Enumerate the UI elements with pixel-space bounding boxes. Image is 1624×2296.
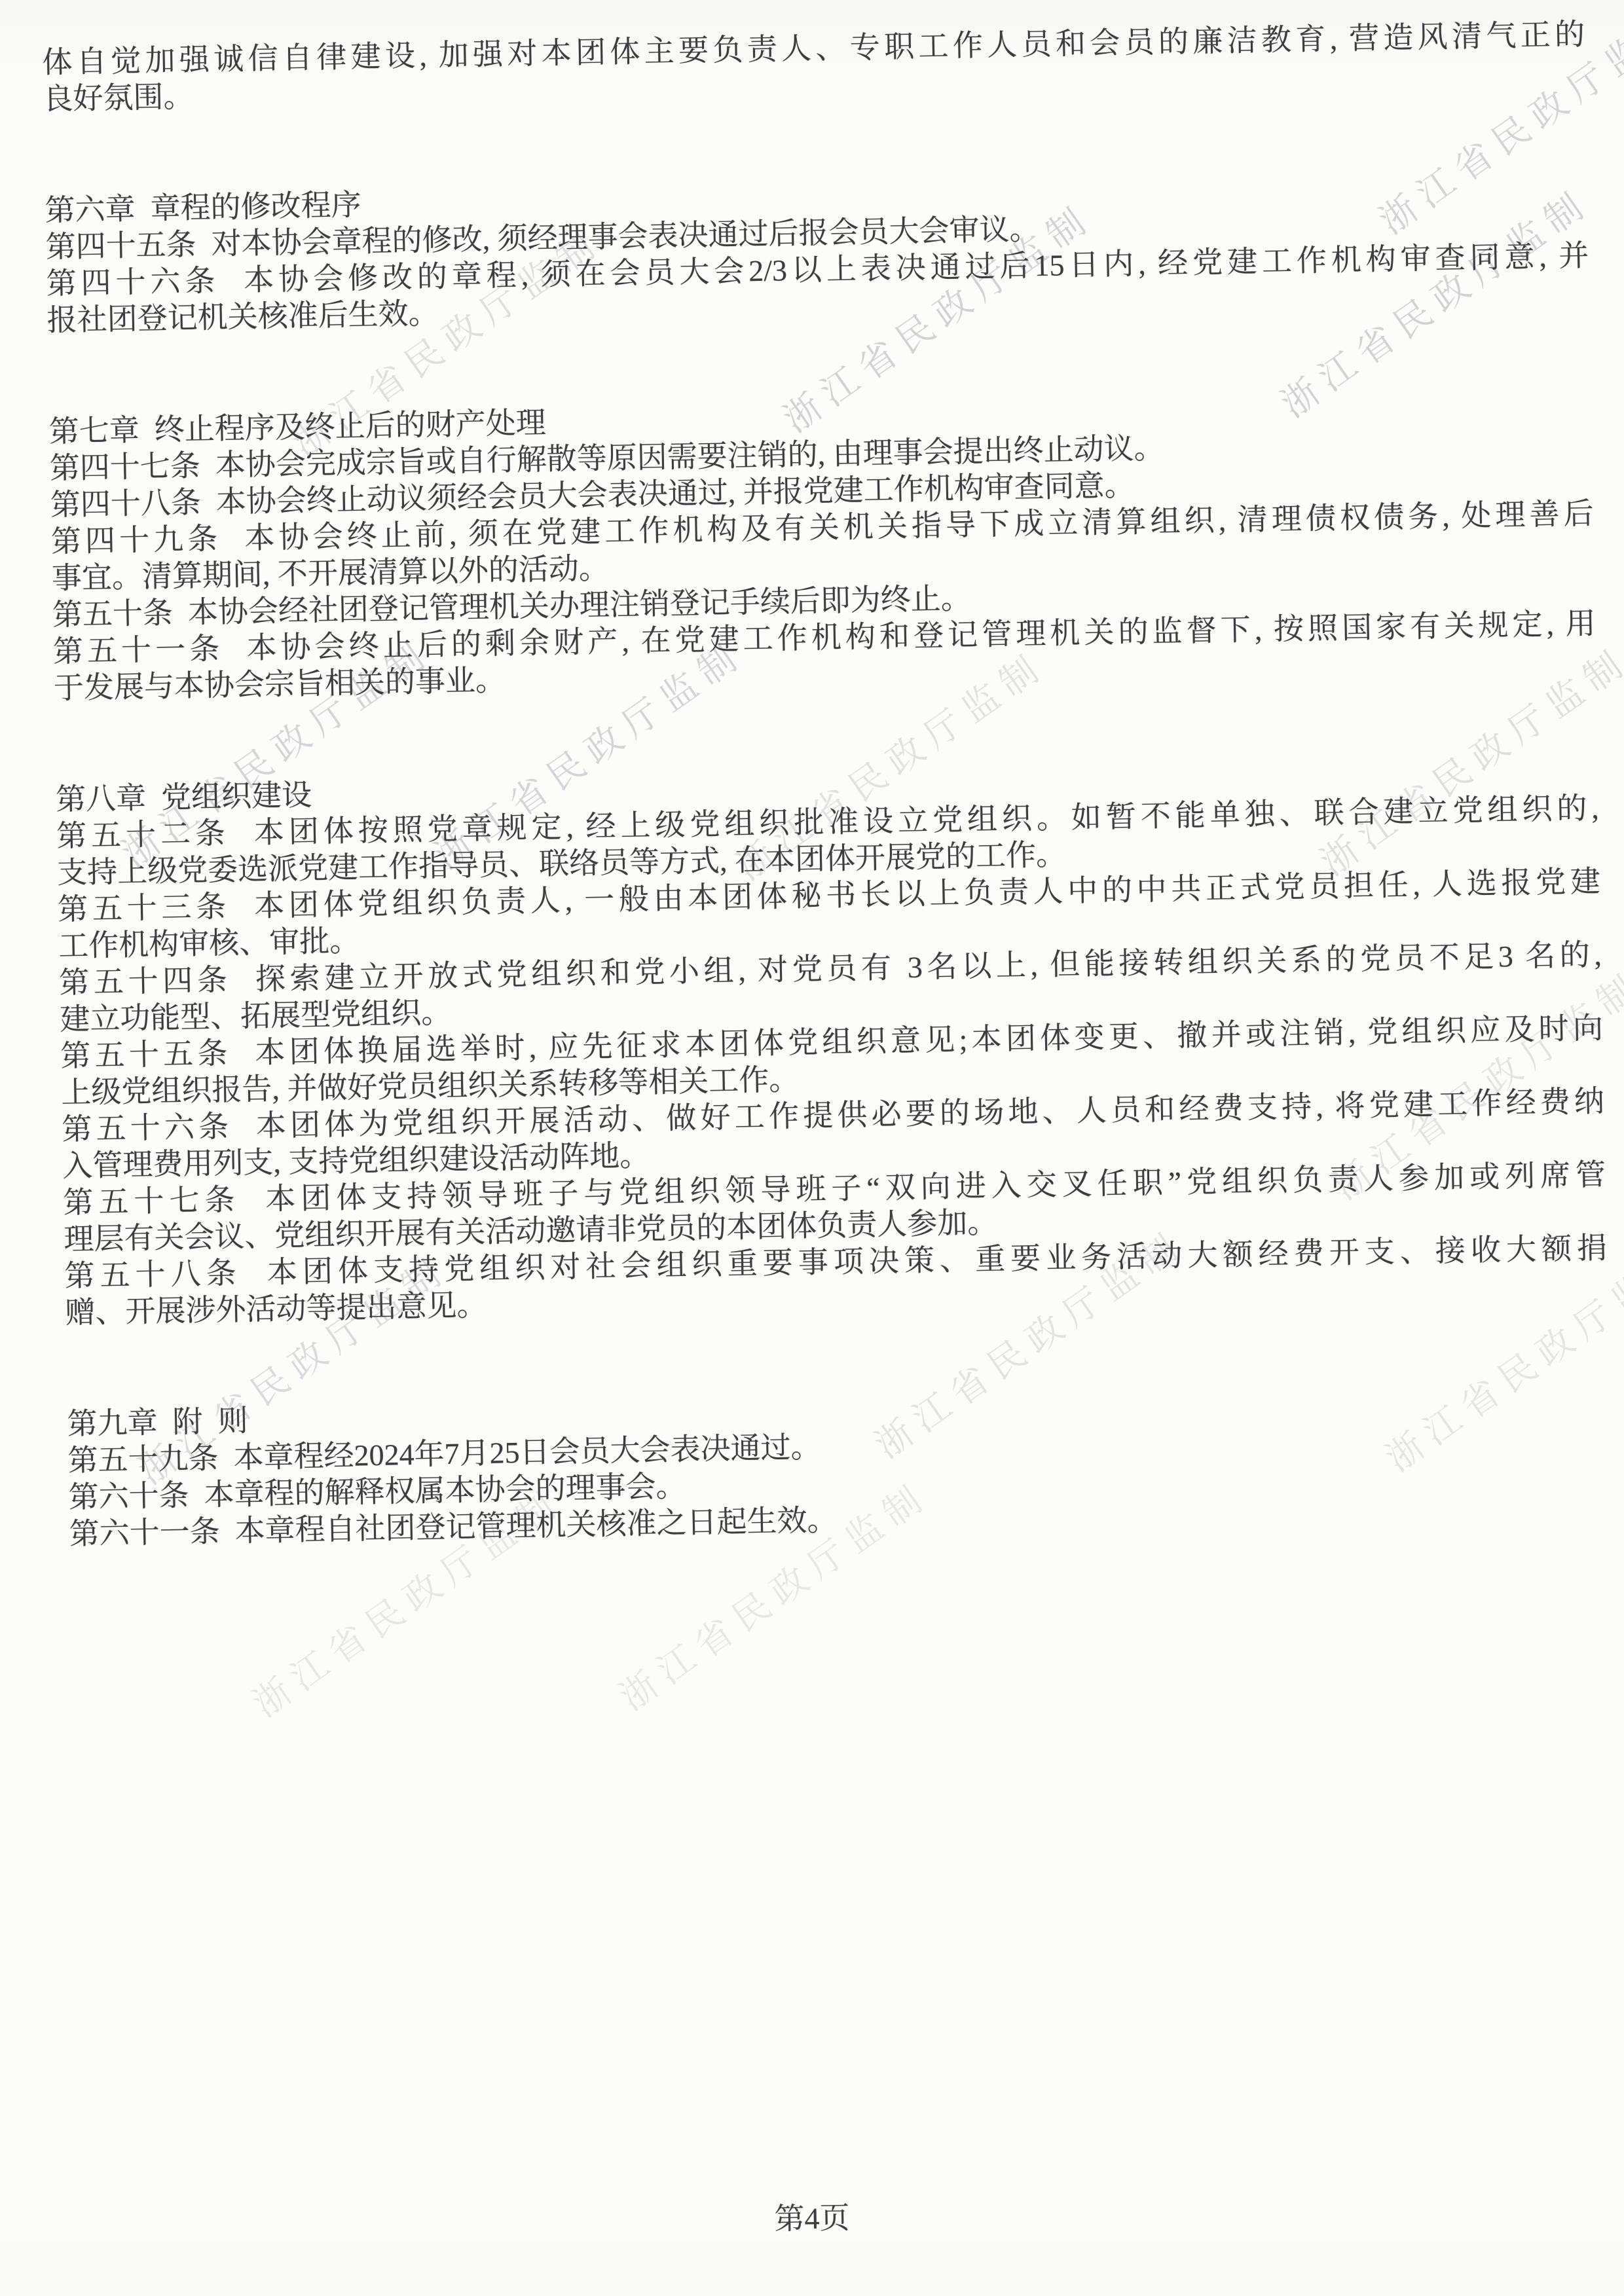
document-body: 体自觉加强诚信自律建设, 加强对本团体主要负责人、专职工作人员和会员的廉洁教育,… <box>42 16 1612 1553</box>
chapter-6: 第六章 章程的修改程序 第四十五条 对本协会章程的修改, 须经理事会表决通过后报… <box>45 164 1590 339</box>
chapter-9: 第九章 附 则 第五十九条 本章程经2024年7月25日会员大会表决通过。 第六… <box>67 1377 1612 1552</box>
chapter-8: 第八章 党组织建设 第五十二条 本团体按照党章规定, 经上级党组织批准设立党组织… <box>56 754 1608 1332</box>
scanned-document-page: 浙江省民政厅监制 浙江省民政厅监制 浙江省民政厅监制 浙江省民政厅监制 浙江省民… <box>0 0 1624 2296</box>
chapter-7: 第七章 终止程序及终止后的财产处理 第四十七条 本协会完成宗旨或自行解散等原因需… <box>48 386 1596 707</box>
